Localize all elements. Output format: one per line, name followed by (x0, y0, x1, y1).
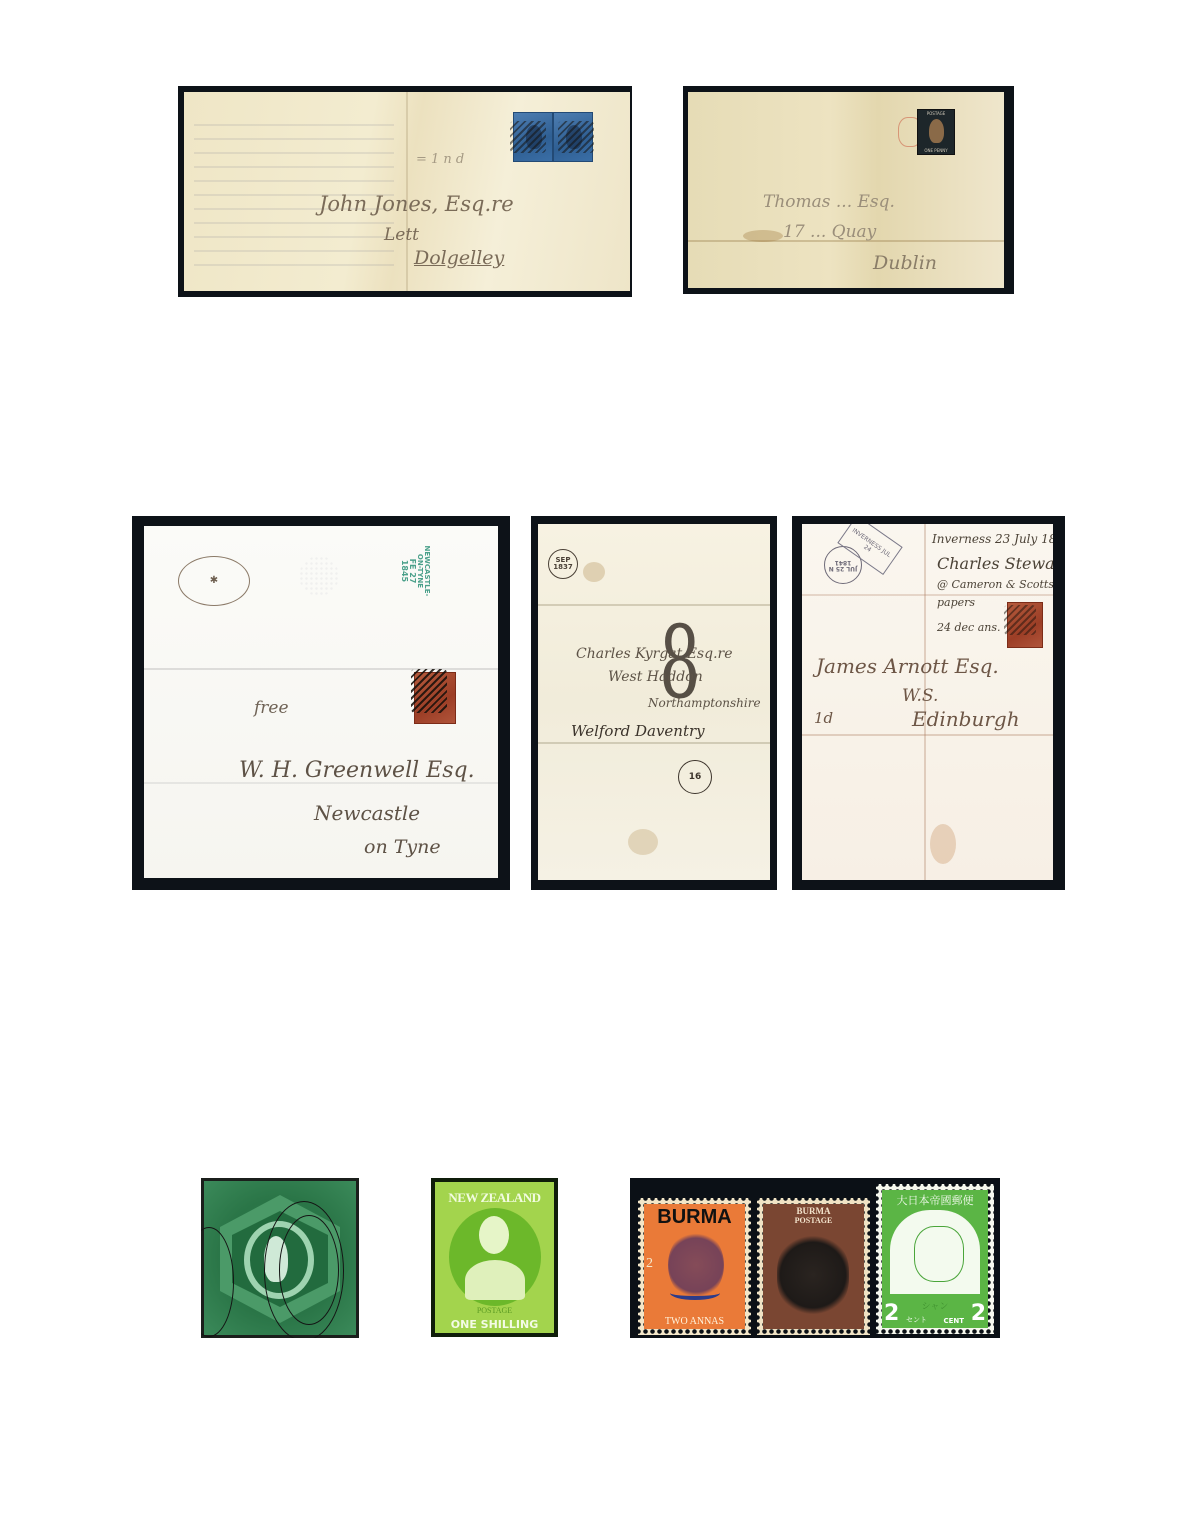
address-line: West Haddon (608, 669, 703, 685)
address-line: free (254, 698, 289, 718)
postmark-date: FE 27 (408, 559, 416, 584)
cover-paper: ✱ NEWCASTLE-ON-TYNE FE 27 1845 free W. H… (144, 526, 498, 878)
address-line: Welford Daventry (571, 722, 705, 740)
cover-paper: POSTAGE ONE PENNY Thomas ... Esq. 17 ...… (688, 92, 1004, 288)
stamp-postage-label: POSTAGE (435, 1306, 554, 1315)
cover-newcastle: ✱ NEWCASTLE-ON-TYNE FE 27 1845 free W. H… (132, 516, 510, 890)
fold-line (802, 734, 1053, 736)
docket-text: = 1 n d (416, 152, 464, 167)
address-line: W.S. (902, 686, 938, 706)
cent-label: CENT (943, 1317, 964, 1325)
address-line: 17 ... Quay (783, 222, 876, 242)
stamp-value: ONE SHILLING (435, 1318, 554, 1331)
postmark-town: NEWCASTLE-ON-TYNE (416, 540, 430, 602)
stamp-top-label-2: POSTAGE (763, 1216, 864, 1225)
stamp-burma-two-annas: BURMA 2 TWO ANNAS (638, 1198, 751, 1335)
stain (930, 824, 956, 864)
stamp-inscription: NEW ZEALAND (435, 1190, 554, 1206)
ox-cart-vignette (890, 1210, 980, 1294)
stamp-two-penny-blue (513, 112, 553, 162)
receiving-postmark: ✱ (178, 556, 250, 606)
stamp-group-burma: BURMA 2 TWO ANNAS BURMA POSTAGE 大日本帝國郵便 … (630, 1178, 1000, 1338)
address-line: Thomas ... Esq. (763, 192, 895, 212)
cover-paper: = 1 n d John Jones, Esq.re Lett Dolgelle… (184, 92, 630, 291)
address-line: Northamptonshire (648, 696, 761, 710)
docket-line: @ Cameron & Scotts D. (937, 578, 1053, 591)
cover-paper: JUL 25 N 1841 INVERNESS JUL 24 Inverness… (802, 524, 1053, 880)
stamp-japanese-occupation-shan: 大日本帝國郵便 2 2 シャン セント CENT (876, 1184, 994, 1334)
stamp-value: TWO ANNAS (644, 1316, 745, 1327)
cover-dolgelley: = 1 n d John Jones, Esq.re Lett Dolgelle… (178, 86, 632, 297)
stamp-penny-red (414, 672, 456, 724)
center-label: シャン (882, 1299, 988, 1312)
docket-line: papers (937, 596, 975, 609)
address-line: W. H. Greenwell Esq. (239, 758, 475, 783)
address-line: Dolgelley (414, 247, 504, 269)
postmark-year: 1845 (400, 560, 408, 582)
queen-face (479, 1216, 509, 1254)
fold-line (538, 742, 770, 744)
postmark: SEP 1837 (548, 549, 578, 579)
address-line: Dublin (873, 252, 937, 274)
stain (583, 562, 605, 582)
docket-line: 24 dec ans. (937, 621, 1001, 634)
embossed-seal (299, 556, 339, 596)
cover-paper: SEP 1837 8 Charles Kyrgat Esq.re West Ha… (538, 524, 770, 880)
cover-dublin: POSTAGE ONE PENNY Thomas ... Esq. 17 ...… (683, 86, 1014, 294)
fold-line (538, 604, 770, 606)
stamp-burma-postage-brown: BURMA POSTAGE (757, 1198, 870, 1335)
postmark: 16 (678, 760, 712, 794)
address-line: Newcastle (314, 801, 420, 825)
docket-line: Charles Stewart (937, 554, 1053, 573)
address-line: James Arnott Esq. (816, 654, 999, 678)
address-line: Lett (384, 225, 419, 245)
stamp-two-penny-blue (553, 112, 593, 162)
rate-mark: 1d (814, 709, 833, 727)
stamp-new-south-wales (201, 1178, 359, 1338)
stamp-new-zealand-chalon: NEW ZEALAND POSTAGE ONE SHILLING (431, 1178, 558, 1337)
stamp-japanese-inscription: 大日本帝國郵便 (882, 1192, 988, 1208)
address-line: Charles Kyrgat Esq.re (576, 646, 733, 662)
address-line: on Tyne (364, 836, 441, 858)
address-line: John Jones, Esq.re (319, 192, 514, 216)
stamp-penny-red (1007, 602, 1043, 648)
stamp-penny-black: POSTAGE ONE PENNY (917, 109, 955, 155)
newcastle-postmark: NEWCASTLE-ON-TYNE FE 27 1845 (384, 540, 446, 602)
cover-inverness: JUL 25 N 1841 INVERNESS JUL 24 Inverness… (792, 516, 1065, 890)
address-line: Edinburgh (912, 707, 1020, 731)
cover-west-haddon: SEP 1837 8 Charles Kyrgat Esq.re West Ha… (531, 516, 777, 890)
stain (743, 230, 783, 242)
peacock-overprint (777, 1234, 849, 1316)
overprint-burma: BURMA (644, 1206, 745, 1229)
stamp-top-label: BURMA (763, 1206, 864, 1216)
docket-line: Inverness 23 July 1841 (932, 532, 1053, 546)
fold-line (802, 594, 1053, 596)
stain (628, 829, 658, 855)
value-numeral: 2 (646, 1256, 653, 1272)
sen-label: セント (906, 1315, 927, 1325)
